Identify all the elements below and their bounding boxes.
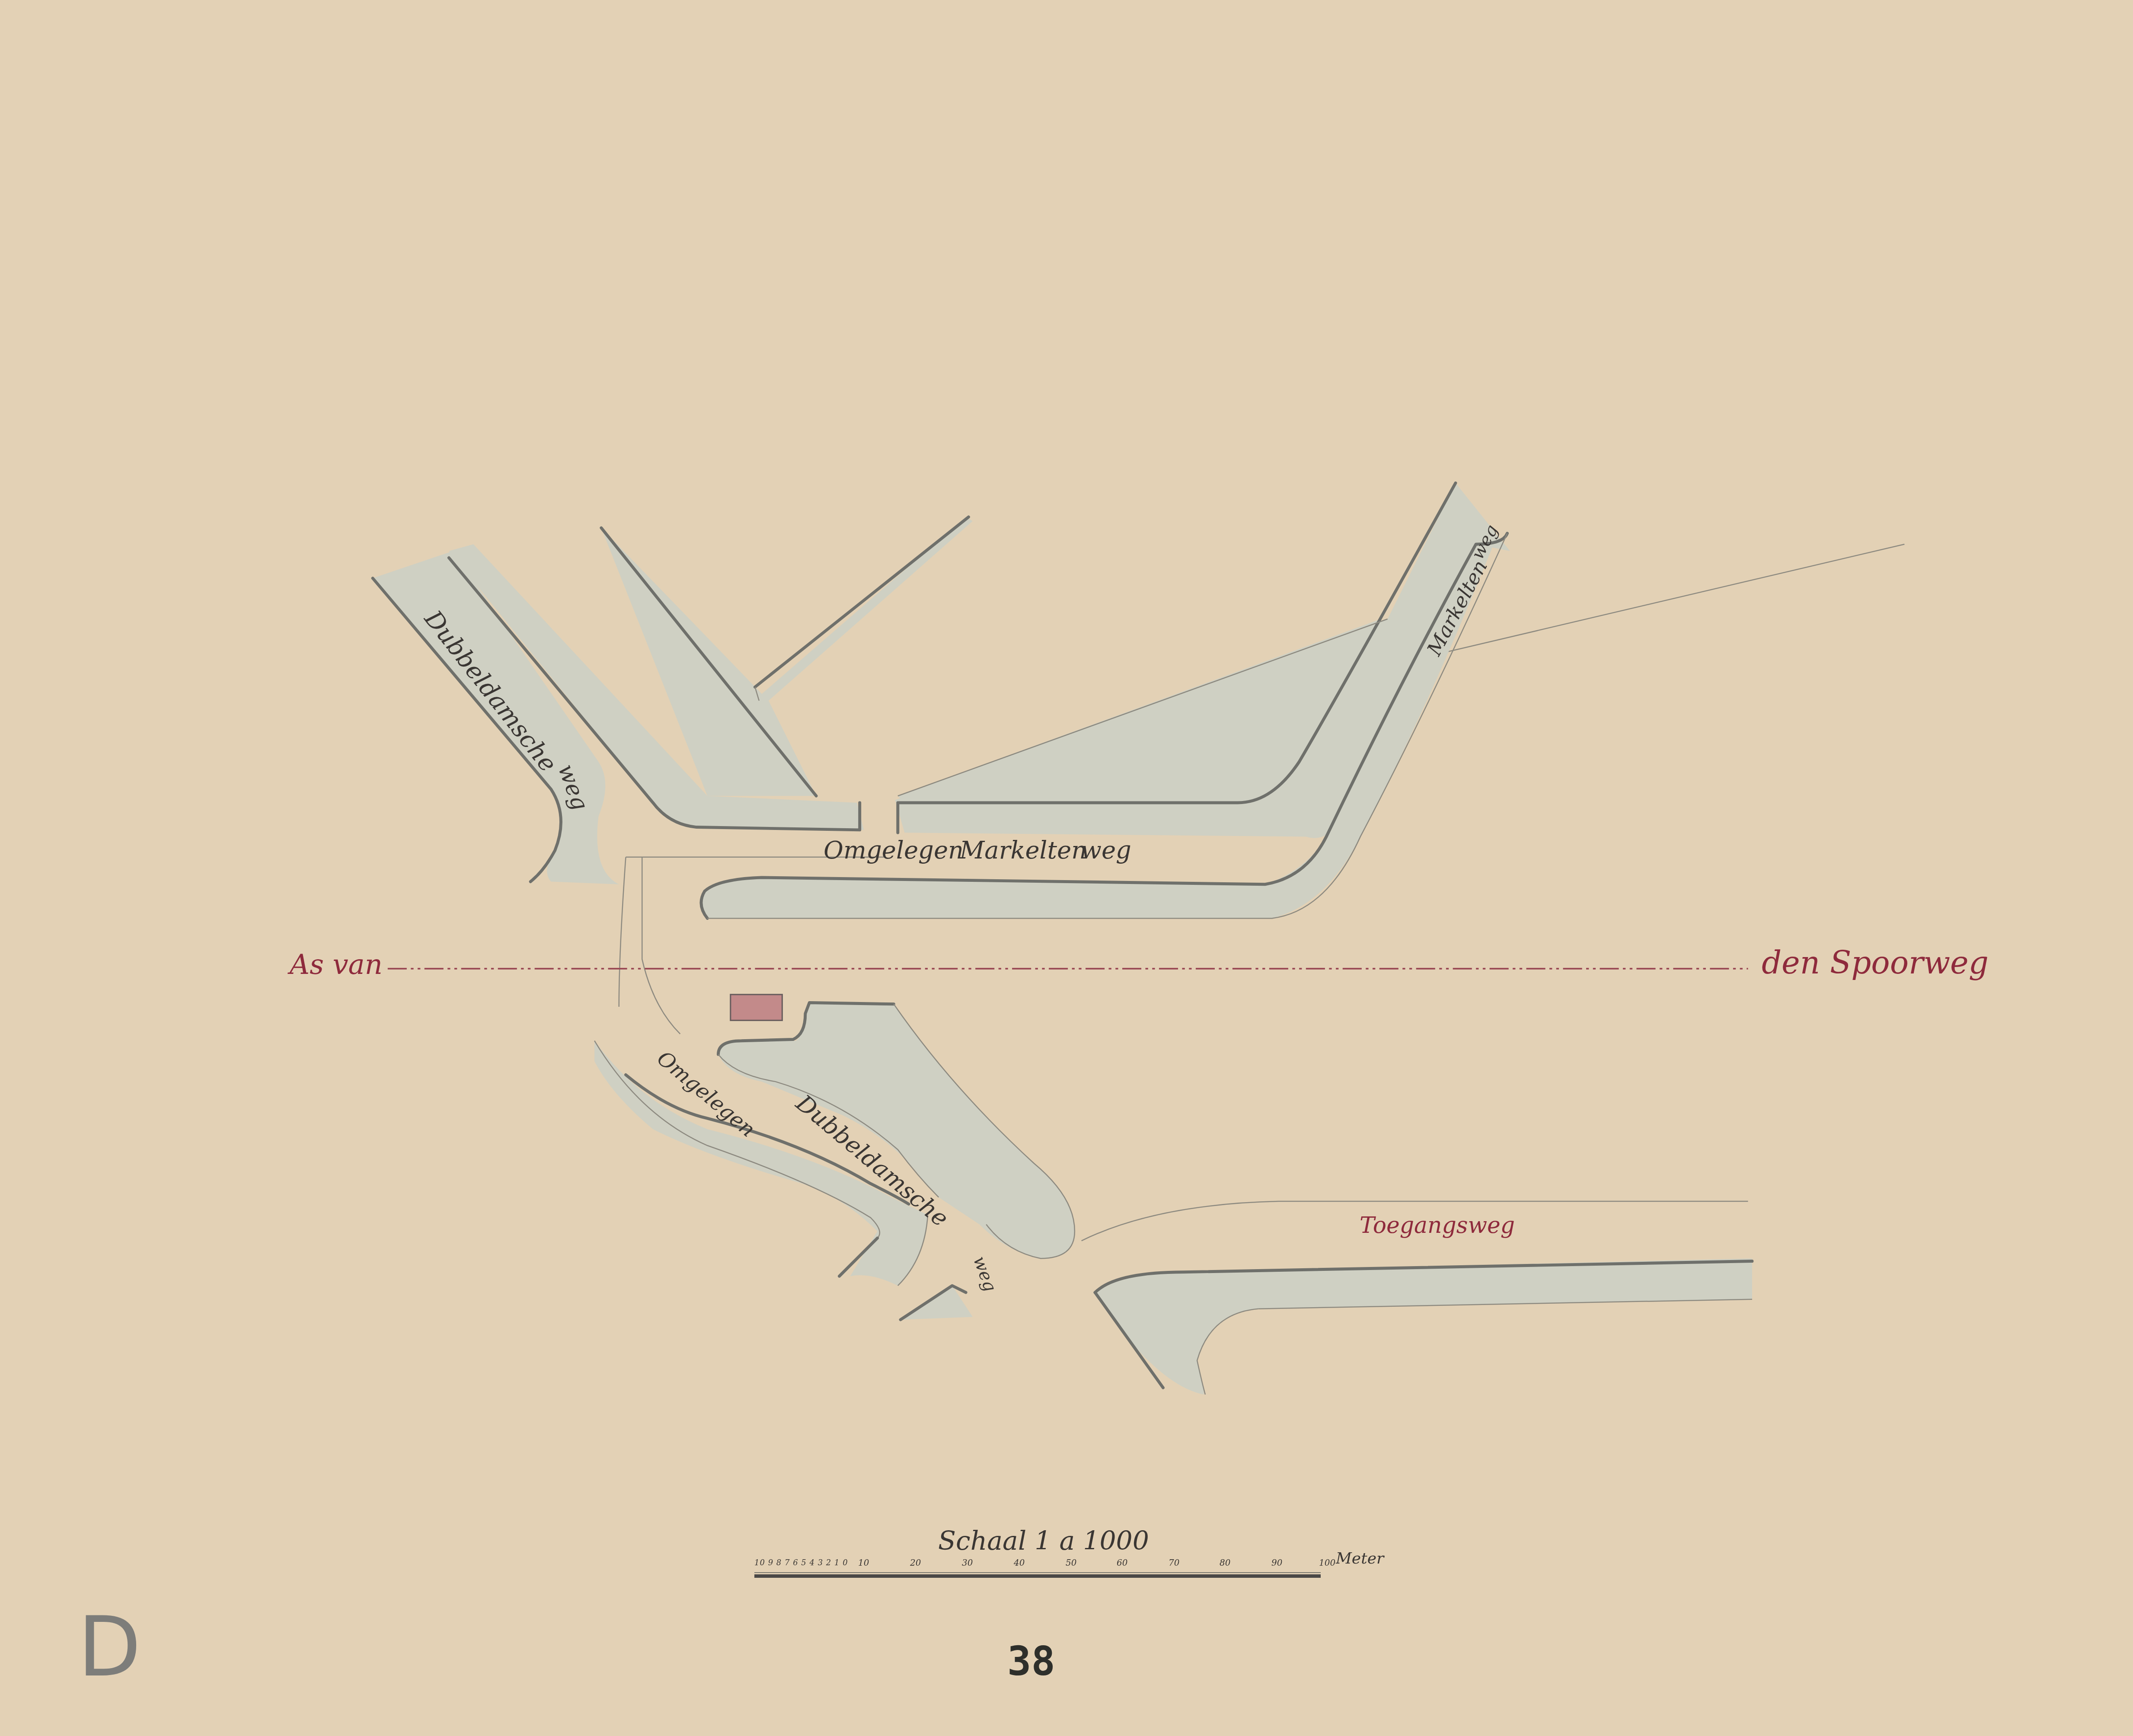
historical-map bbox=[0, 0, 2133, 1736]
tick-70: 70 bbox=[1169, 1557, 1179, 1568]
map-sheet: Dubbeldamsche weg Omgelegen Markelten we… bbox=[0, 0, 2133, 1736]
tick-50: 50 bbox=[1066, 1557, 1076, 1568]
label-weg: weg bbox=[1081, 836, 1131, 865]
scale-unit: Meter bbox=[1336, 1550, 1384, 1567]
sheet-number: 38 bbox=[1007, 1638, 1055, 1685]
tick-60: 60 bbox=[1117, 1557, 1127, 1568]
building-marker bbox=[731, 995, 782, 1021]
pencil-mark: D bbox=[78, 1599, 141, 1695]
tick-100: 100 bbox=[1319, 1557, 1335, 1568]
scale-small-ticks: 10 9 8 7 6 5 4 3 2 1 0 bbox=[754, 1558, 848, 1567]
label-toegangsweg: Toegangsweg bbox=[1360, 1213, 1515, 1238]
water-small-triangle bbox=[900, 1286, 973, 1320]
scale-title: Schaal 1 a 1000 bbox=[938, 1526, 1149, 1556]
label-den-spoorweg: den Spoorweg bbox=[1762, 945, 1989, 981]
tick-30: 30 bbox=[962, 1557, 973, 1568]
road-edge-line-left bbox=[619, 857, 626, 1007]
label-omgelegen: Omgelegen bbox=[824, 836, 964, 865]
tick-80: 80 bbox=[1220, 1557, 1230, 1568]
scale-bar-top-line bbox=[754, 1572, 1321, 1573]
label-as-van: As van bbox=[290, 949, 383, 981]
water-markelten-block bbox=[895, 483, 1905, 838]
road-edge-line-inner bbox=[642, 857, 680, 1034]
label-markelten: Markelten bbox=[960, 836, 1087, 865]
tick-10: 10 bbox=[858, 1557, 869, 1568]
tick-20: 20 bbox=[910, 1557, 921, 1568]
tick-90: 90 bbox=[1271, 1557, 1282, 1568]
tick-40: 40 bbox=[1014, 1557, 1025, 1568]
scale-bar bbox=[754, 1574, 1321, 1578]
